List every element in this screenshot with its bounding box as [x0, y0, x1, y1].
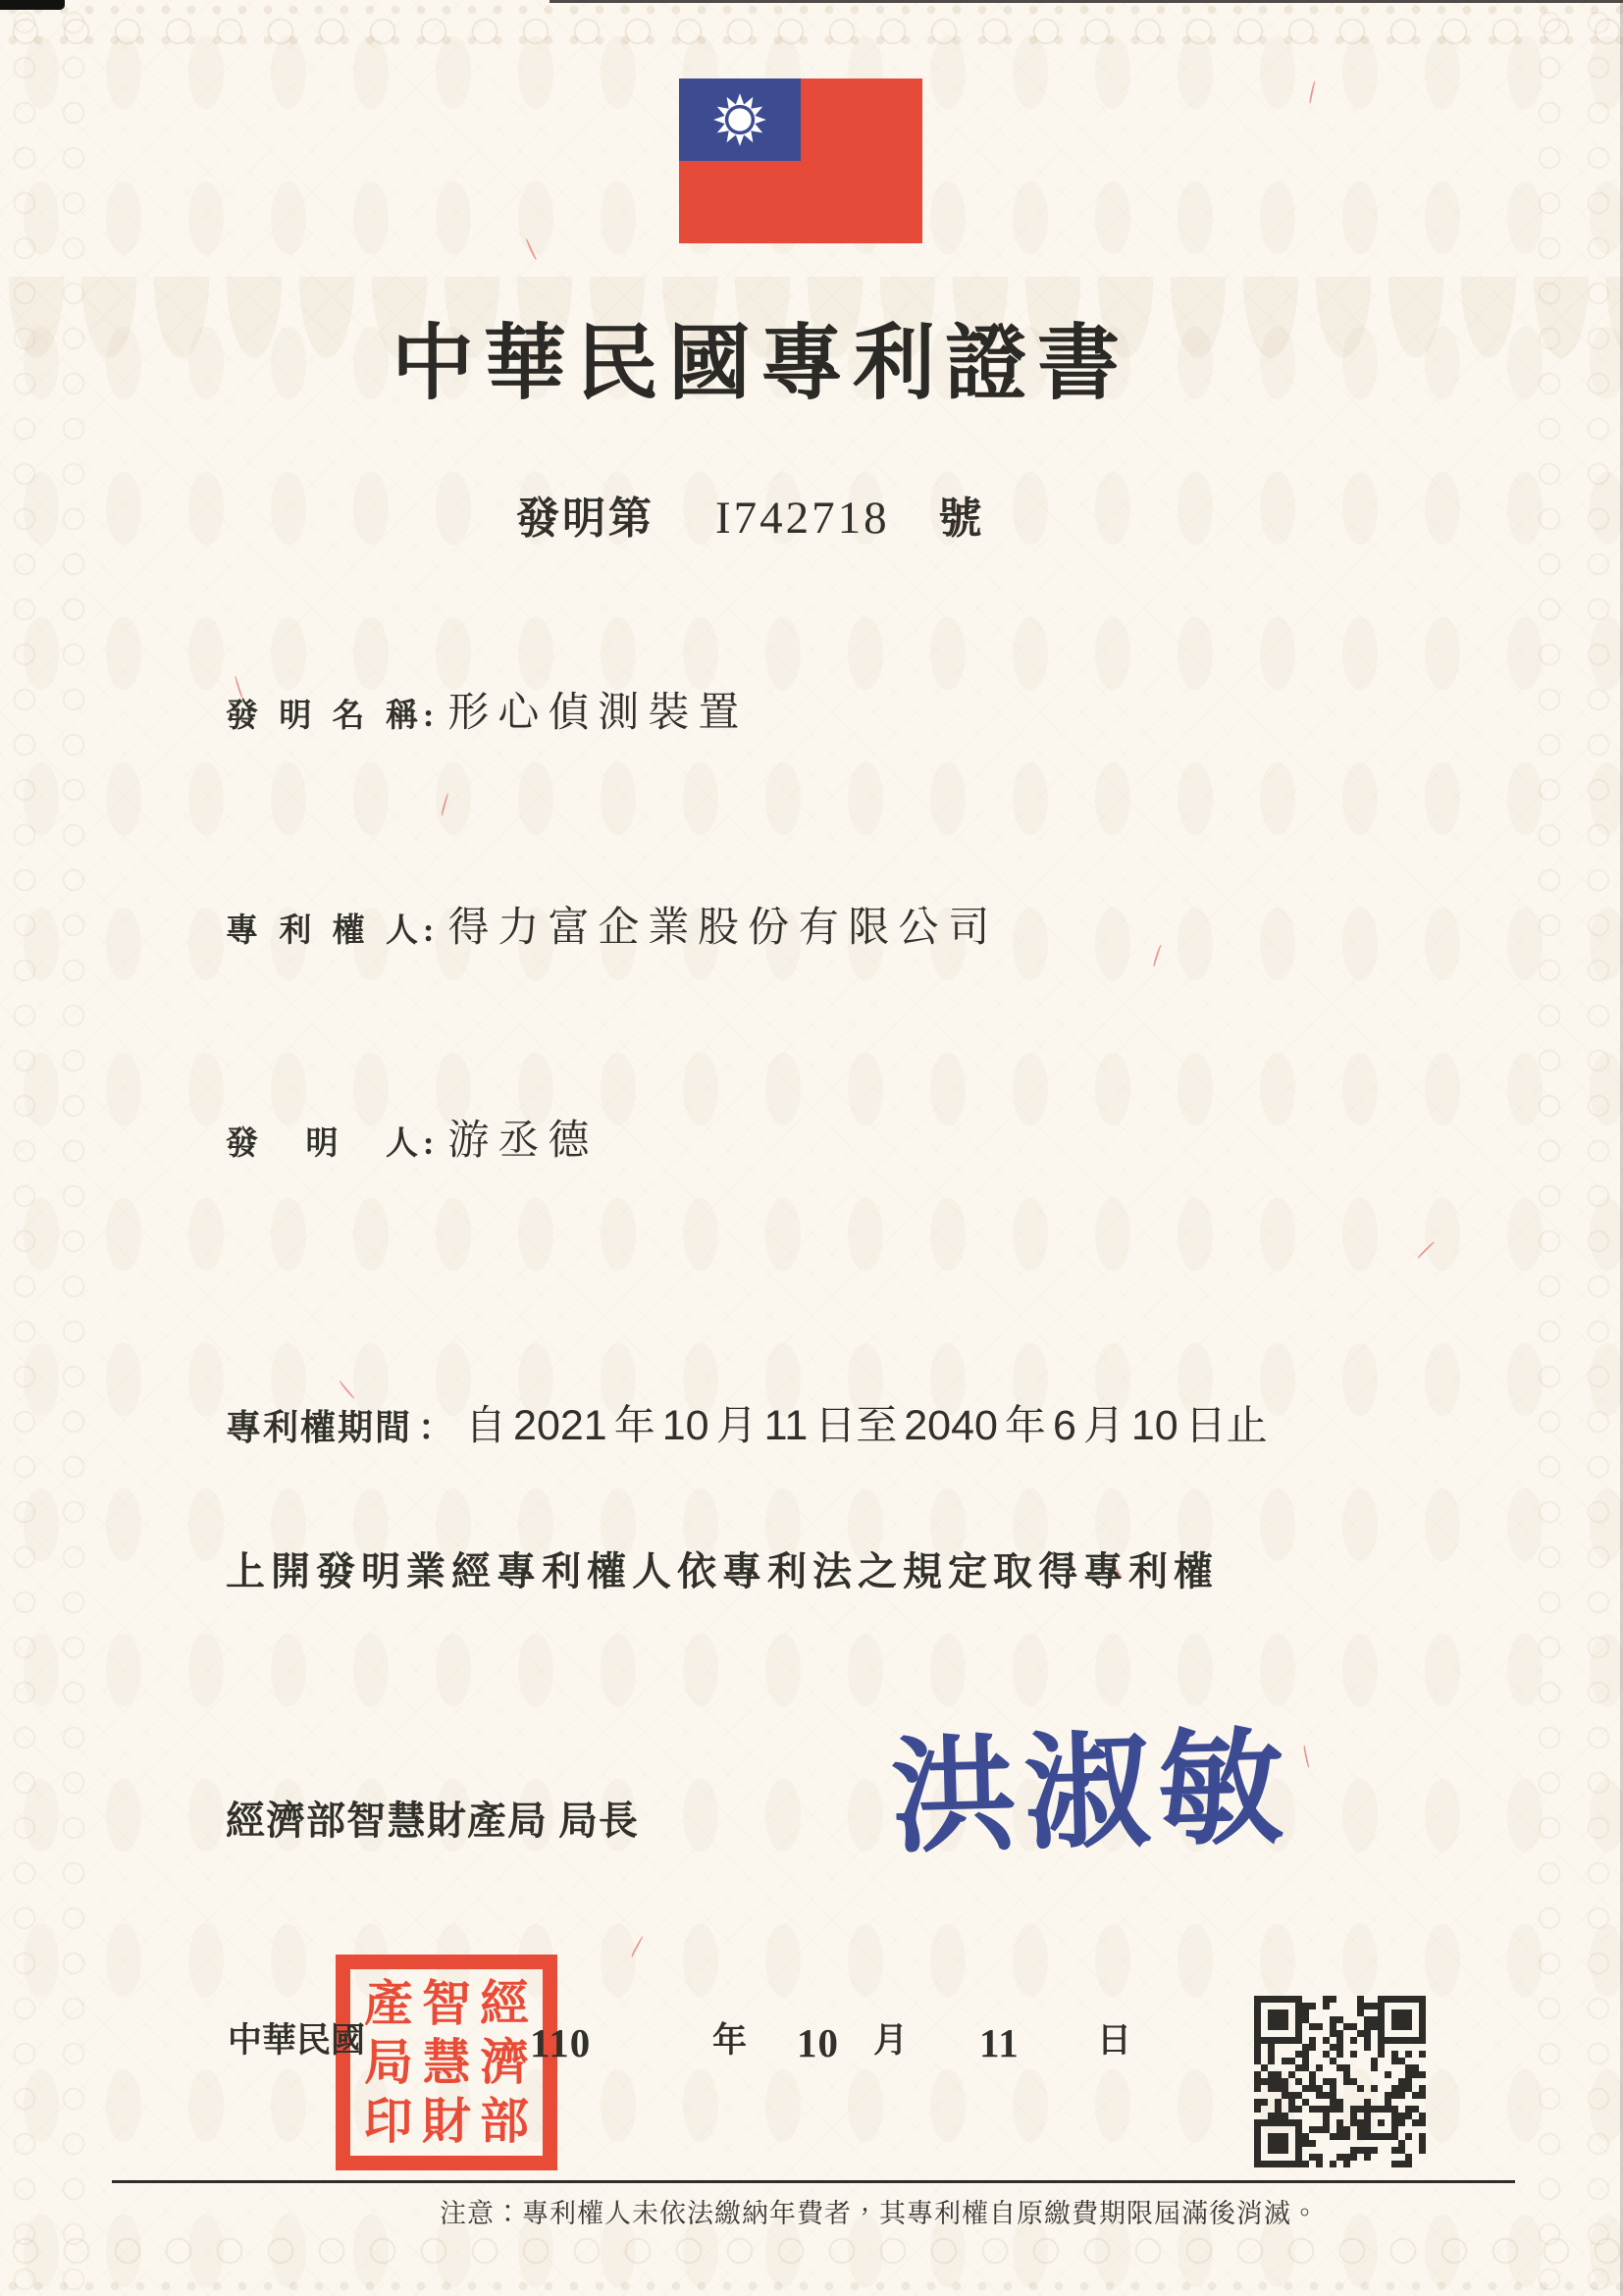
qr-module — [1357, 2044, 1364, 2051]
qr-module — [1364, 2085, 1371, 2092]
qr-module — [1254, 2085, 1261, 2092]
qr-module — [1261, 2126, 1268, 2133]
qr-module — [1275, 2016, 1282, 2023]
qr-module — [1316, 2161, 1323, 2167]
qr-module — [1371, 2064, 1378, 2071]
qr-module — [1316, 2085, 1323, 2092]
certificate-page: 中華民國專利證書 發明第 I742718 號 發明名稱:形心偵測裝置 專利權人:… — [0, 0, 1623, 2296]
qr-module — [1336, 2078, 1343, 2085]
qr-module — [1254, 2023, 1261, 2030]
qr-module — [1261, 2119, 1268, 2126]
white-sun-emblem — [706, 85, 774, 154]
qr-module — [1378, 2106, 1385, 2113]
qr-module — [1288, 2140, 1295, 2147]
qr-module — [1405, 2126, 1412, 2133]
qr-module — [1412, 2071, 1419, 2078]
qr-module — [1350, 2133, 1357, 2140]
qr-module — [1405, 2106, 1412, 2113]
qr-module — [1295, 2030, 1302, 2037]
qr-module — [1336, 2030, 1343, 2037]
qr-module — [1275, 2003, 1282, 2009]
qr-module — [1336, 2064, 1343, 2071]
qr-module — [1309, 2003, 1316, 2009]
qr-module — [1275, 2037, 1282, 2044]
qr-module — [1350, 2030, 1357, 2037]
qr-module — [1398, 2092, 1405, 2099]
qr-module — [1419, 2044, 1426, 2051]
qr-module — [1412, 2092, 1419, 2099]
qr-module — [1282, 2044, 1288, 2051]
qr-module — [1302, 2085, 1309, 2092]
qr-module — [1364, 2154, 1371, 2161]
qr-module — [1343, 2140, 1350, 2147]
qr-module — [1288, 2003, 1295, 2009]
qr-module — [1364, 2071, 1371, 2078]
qr-module — [1419, 2023, 1426, 2030]
qr-module — [1391, 2147, 1398, 2154]
qr-module — [1378, 2161, 1385, 2167]
qr-module — [1391, 1996, 1398, 2003]
qr-module — [1323, 2030, 1330, 2037]
qr-module — [1336, 2085, 1343, 2092]
qr-module — [1357, 2058, 1364, 2064]
patentee-value: 得力富企業股份有限公司 — [447, 908, 998, 949]
qr-module — [1419, 2016, 1426, 2023]
qr-module — [1350, 2016, 1357, 2023]
qr-module — [1295, 2133, 1302, 2140]
qr-module — [1316, 2064, 1323, 2071]
qr-module — [1385, 2092, 1391, 2099]
qr-module — [1412, 2078, 1419, 2085]
qr-module — [1268, 1996, 1275, 2003]
qr-module — [1302, 2051, 1309, 2058]
qr-module — [1350, 2161, 1357, 2167]
qr-module — [1343, 2113, 1350, 2119]
qr-module — [1330, 2126, 1336, 2133]
seal-character: 印 — [364, 2097, 413, 2146]
qr-module — [1323, 2009, 1330, 2016]
qr-module — [1391, 2030, 1398, 2037]
qr-module — [1288, 2092, 1295, 2099]
qr-module — [1378, 2099, 1385, 2106]
qr-module — [1412, 2154, 1419, 2161]
date-year-unit: 年 — [712, 2023, 747, 2058]
qr-module — [1302, 2078, 1309, 2085]
qr-module — [1364, 2161, 1371, 2167]
qr-module — [1412, 2147, 1419, 2154]
qr-module — [1398, 2064, 1405, 2071]
qr-module — [1398, 2147, 1405, 2154]
qr-module — [1419, 2051, 1426, 2058]
issuer-title: 經濟部智慧財產局 局長 — [226, 1801, 639, 1841]
qr-module — [1316, 2126, 1323, 2133]
qr-module — [1275, 2009, 1282, 2016]
qr-module — [1391, 2003, 1398, 2009]
qr-module — [1288, 2099, 1295, 2106]
qr-module — [1378, 2133, 1385, 2140]
qr-module — [1336, 2140, 1343, 2147]
qr-module — [1330, 2030, 1336, 2037]
qr-module — [1371, 2071, 1378, 2078]
qr-module — [1261, 2023, 1268, 2030]
qr-module — [1261, 2078, 1268, 2085]
qr-module — [1302, 2071, 1309, 2078]
qr-module — [1268, 2133, 1275, 2140]
qr-module — [1343, 2016, 1350, 2023]
qr-module — [1254, 2126, 1261, 2133]
qr-module — [1391, 2085, 1398, 2092]
qr-module — [1282, 2154, 1288, 2161]
term-segment: 6 — [1053, 1405, 1076, 1447]
qr-module — [1350, 2113, 1357, 2119]
qr-module — [1302, 2133, 1309, 2140]
qr-module — [1412, 2044, 1419, 2051]
seal-column: 經 濟 部 — [480, 1979, 529, 2146]
qr-module — [1275, 2058, 1282, 2064]
qr-module — [1336, 2147, 1343, 2154]
qr-module — [1371, 2051, 1378, 2058]
qr-module — [1302, 2009, 1309, 2016]
qr-module — [1309, 2023, 1316, 2030]
lace-border-right — [1525, 0, 1623, 2296]
qr-module — [1391, 2044, 1398, 2051]
qr-code — [1254, 1996, 1426, 2167]
qr-module — [1412, 2009, 1419, 2016]
seal-character: 濟 — [480, 2038, 529, 2087]
qr-module — [1350, 2044, 1357, 2051]
qr-module — [1288, 2044, 1295, 2051]
qr-module — [1282, 2023, 1288, 2030]
qr-module — [1412, 2085, 1419, 2092]
qr-module — [1323, 2092, 1330, 2099]
qr-module — [1385, 1996, 1391, 2003]
qr-module — [1282, 2119, 1288, 2126]
qr-module — [1268, 2044, 1275, 2051]
qr-module — [1412, 2030, 1419, 2037]
qr-module — [1330, 2113, 1336, 2119]
field-separator: : — [423, 700, 434, 733]
qr-module — [1316, 2106, 1323, 2113]
qr-module — [1405, 2030, 1412, 2037]
qr-module — [1364, 2092, 1371, 2099]
qr-module — [1343, 2154, 1350, 2161]
official-seal: 經 濟 部 智 慧 財 產 局 印 — [336, 1955, 557, 2170]
qr-module — [1288, 2064, 1295, 2071]
qr-module — [1309, 2078, 1316, 2085]
qr-module — [1385, 2147, 1391, 2154]
qr-module — [1357, 2113, 1364, 2119]
qr-module — [1391, 2126, 1398, 2133]
qr-module — [1336, 2119, 1343, 2126]
qr-module — [1295, 2023, 1302, 2030]
qr-module — [1261, 2051, 1268, 2058]
qr-module — [1309, 2092, 1316, 2099]
qr-module — [1330, 2106, 1336, 2113]
qr-module — [1364, 1996, 1371, 2003]
qr-module — [1364, 2023, 1371, 2030]
qr-module — [1282, 2051, 1288, 2058]
qr-module — [1385, 2016, 1391, 2023]
qr-module — [1254, 2016, 1261, 2023]
qr-module — [1378, 2003, 1385, 2009]
qr-module — [1343, 2161, 1350, 2167]
qr-module — [1350, 1996, 1357, 2003]
qr-module — [1405, 2078, 1412, 2085]
qr-module — [1419, 2009, 1426, 2016]
qr-module — [1398, 2099, 1405, 2106]
qr-module — [1316, 2140, 1323, 2147]
inventor-value: 游丞德 — [447, 1121, 598, 1162]
qr-module — [1261, 2016, 1268, 2023]
qr-module — [1254, 2030, 1261, 2037]
qr-module — [1288, 2133, 1295, 2140]
qr-module — [1288, 2030, 1295, 2037]
qr-module — [1323, 2133, 1330, 2140]
qr-module — [1364, 2003, 1371, 2009]
qr-module — [1254, 2140, 1261, 2147]
qr-module — [1350, 2106, 1357, 2113]
qr-module — [1288, 2009, 1295, 2016]
qr-module — [1323, 2044, 1330, 2051]
qr-module — [1371, 2085, 1378, 2092]
qr-module — [1412, 2119, 1419, 2126]
term-separator: ： — [418, 1410, 453, 1445]
qr-module — [1323, 2085, 1330, 2092]
qr-module — [1405, 2003, 1412, 2009]
qr-module — [1316, 2147, 1323, 2154]
qr-module — [1357, 2064, 1364, 2071]
qr-module — [1343, 2030, 1350, 2037]
qr-module — [1378, 2071, 1385, 2078]
qr-module — [1275, 2092, 1282, 2099]
qr-module — [1330, 2064, 1336, 2071]
qr-module — [1364, 2044, 1371, 2051]
qr-module — [1336, 2044, 1343, 2051]
qr-module — [1323, 2126, 1330, 2133]
qr-module — [1295, 2099, 1302, 2106]
qr-module — [1378, 2037, 1385, 2044]
qr-module — [1343, 2133, 1350, 2140]
qr-module — [1371, 2147, 1378, 2154]
qr-module — [1357, 2085, 1364, 2092]
qr-module — [1295, 2003, 1302, 2009]
qr-module — [1364, 2106, 1371, 2113]
term-segment: 日止 — [1185, 1406, 1268, 1447]
qr-module — [1268, 2023, 1275, 2030]
grant-statement: 上開發明業經專利權人依專利法之規定取得專利權 — [226, 1552, 1219, 1592]
qr-module — [1405, 2113, 1412, 2119]
qr-module — [1268, 2078, 1275, 2085]
qr-module — [1323, 2078, 1330, 2085]
qr-module — [1419, 2092, 1426, 2099]
qr-module — [1398, 2071, 1405, 2078]
date-month: 10 — [797, 2023, 839, 2063]
seal-column: 智 慧 財 — [422, 1979, 471, 2146]
qr-module — [1302, 1996, 1309, 2003]
qr-module — [1391, 2009, 1398, 2016]
qr-module — [1330, 2133, 1336, 2140]
qr-module — [1385, 2051, 1391, 2058]
qr-module — [1419, 2140, 1426, 2147]
qr-module — [1330, 2071, 1336, 2078]
qr-module — [1330, 2140, 1336, 2147]
qr-module — [1378, 2044, 1385, 2051]
qr-module — [1412, 2016, 1419, 2023]
qr-module — [1295, 2044, 1302, 2051]
qr-module — [1302, 2161, 1309, 2167]
qr-module — [1405, 2140, 1412, 2147]
qr-module — [1316, 2092, 1323, 2099]
qr-module — [1378, 2009, 1385, 2016]
qr-module — [1350, 2023, 1357, 2030]
qr-module — [1412, 2133, 1419, 2140]
qr-module — [1282, 2058, 1288, 2064]
qr-module — [1398, 2113, 1405, 2119]
qr-module — [1282, 2161, 1288, 2167]
qr-module — [1295, 2071, 1302, 2078]
qr-module — [1357, 2147, 1364, 2154]
qr-module — [1364, 2037, 1371, 2044]
qr-module — [1316, 2119, 1323, 2126]
qr-module — [1316, 2030, 1323, 2037]
qr-module — [1254, 2051, 1261, 2058]
qr-module — [1268, 2147, 1275, 2154]
date-year: 110 — [530, 2023, 591, 2063]
qr-module — [1323, 2058, 1330, 2064]
qr-module — [1391, 2078, 1398, 2085]
qr-module — [1330, 2023, 1336, 2030]
qr-module — [1261, 2037, 1268, 2044]
qr-module — [1282, 2113, 1288, 2119]
qr-module — [1302, 2030, 1309, 2037]
qr-module — [1330, 2058, 1336, 2064]
qr-module — [1378, 2147, 1385, 2154]
qr-module — [1309, 2140, 1316, 2147]
qr-module — [1302, 2044, 1309, 2051]
qr-module — [1302, 2016, 1309, 2023]
qr-module — [1391, 2037, 1398, 2044]
term-segment: 月 — [716, 1406, 758, 1447]
qr-module — [1412, 2099, 1419, 2106]
qr-module — [1391, 2058, 1398, 2064]
qr-module — [1302, 2064, 1309, 2071]
qr-module — [1385, 2126, 1391, 2133]
qr-module — [1357, 2051, 1364, 2058]
qr-module — [1323, 2016, 1330, 2023]
qr-module — [1330, 2051, 1336, 2058]
qr-module — [1364, 2064, 1371, 2071]
qr-module — [1330, 2016, 1336, 2023]
qr-module — [1371, 2058, 1378, 2064]
qr-module — [1385, 2099, 1391, 2106]
qr-module — [1364, 2147, 1371, 2154]
qr-module — [1330, 2044, 1336, 2051]
qr-module — [1350, 2092, 1357, 2099]
qr-module — [1261, 2154, 1268, 2161]
qr-module — [1398, 2119, 1405, 2126]
qr-module — [1288, 2119, 1295, 2126]
qr-module — [1350, 2147, 1357, 2154]
qr-module — [1295, 2058, 1302, 2064]
qr-module — [1282, 2071, 1288, 2078]
qr-module — [1412, 2003, 1419, 2009]
qr-module — [1371, 2030, 1378, 2037]
qr-module — [1302, 2126, 1309, 2133]
qr-module — [1316, 2044, 1323, 2051]
qr-module — [1295, 2064, 1302, 2071]
qr-module — [1350, 2051, 1357, 2058]
qr-module — [1316, 2113, 1323, 2119]
date-era: 中華民國 — [228, 2023, 365, 2058]
qr-module — [1391, 2023, 1398, 2030]
qr-module — [1323, 2023, 1330, 2030]
qr-module — [1357, 2037, 1364, 2044]
qr-module — [1282, 2133, 1288, 2140]
footer-divider — [112, 2180, 1515, 2183]
qr-module — [1371, 2044, 1378, 2051]
qr-module — [1398, 2058, 1405, 2064]
qr-module — [1371, 2119, 1378, 2126]
patent-number-value: I742718 — [715, 496, 890, 542]
qr-module — [1268, 2030, 1275, 2037]
qr-module — [1391, 2092, 1398, 2099]
qr-module — [1268, 2099, 1275, 2106]
qr-module — [1371, 2016, 1378, 2023]
qr-module — [1323, 2106, 1330, 2113]
qr-module — [1275, 2133, 1282, 2140]
qr-module — [1378, 2078, 1385, 2085]
qr-module — [1398, 2126, 1405, 2133]
qr-module — [1419, 2154, 1426, 2161]
qr-module — [1385, 2030, 1391, 2037]
qr-module — [1261, 2030, 1268, 2037]
qr-module — [1336, 2126, 1343, 2133]
qr-module — [1254, 2058, 1261, 2064]
qr-module — [1378, 2051, 1385, 2058]
qr-module — [1288, 2058, 1295, 2064]
qr-module — [1371, 2023, 1378, 2030]
qr-module — [1350, 2099, 1357, 2106]
qr-module — [1275, 2161, 1282, 2167]
qr-module — [1288, 2161, 1295, 2167]
qr-module — [1343, 2106, 1350, 2113]
qr-module — [1275, 2064, 1282, 2071]
qr-module — [1343, 2037, 1350, 2044]
term-segment: 11 — [764, 1405, 809, 1447]
qr-module — [1316, 2133, 1323, 2140]
qr-module — [1282, 2003, 1288, 2009]
qr-module — [1288, 1996, 1295, 2003]
qr-module — [1419, 2161, 1426, 2167]
qr-module — [1391, 2154, 1398, 2161]
qr-module — [1323, 2071, 1330, 2078]
qr-module — [1282, 2037, 1288, 2044]
seal-character: 慧 — [422, 2038, 471, 2087]
qr-module — [1282, 2009, 1288, 2016]
qr-module — [1343, 2003, 1350, 2009]
qr-module — [1405, 1996, 1412, 2003]
qr-module — [1336, 2106, 1343, 2113]
term-label: 專利權期間 — [226, 1410, 412, 1445]
qr-module — [1391, 2133, 1398, 2140]
qr-module — [1261, 2044, 1268, 2051]
qr-module — [1357, 2023, 1364, 2030]
qr-module — [1419, 2037, 1426, 2044]
qr-module — [1391, 2106, 1398, 2113]
qr-module — [1343, 2092, 1350, 2099]
qr-module — [1357, 2133, 1364, 2140]
date-day: 11 — [979, 2023, 1020, 2063]
